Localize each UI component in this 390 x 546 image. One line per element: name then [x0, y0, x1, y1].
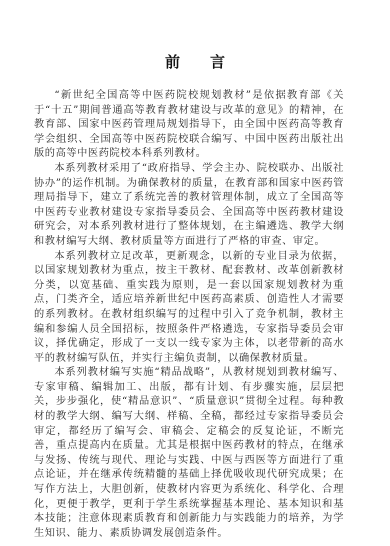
title-char-1: 前 [165, 51, 210, 72]
preface-body: “新世纪全国高等中医药院校规划教材”是依据教育部《关于“十五”期间普通高等教育教… [34, 89, 344, 541]
page-title: 前言 [0, 51, 390, 72]
paragraph-2: 本系列教材采用了“政府指导、学会主办、院校联办、出版社协办”的运作机制。为确保教… [34, 162, 344, 250]
paragraph-3: 本系列教材立足改革，更新观念，以新的专业目录为依据，以国家规划教材为重点，按主干… [34, 250, 344, 367]
document-page: 前言 “新世纪全国高等中医药院校规划教材”是依据教育部《关于“十五”期间普通高等… [0, 0, 390, 546]
paragraph-4: 本系列教材编写实施“精品战略”，从教材规划到教材编写、专家审稿、编辑加工、出版，… [34, 366, 344, 541]
paragraph-1: “新世纪全国高等中医药院校规划教材”是依据教育部《关于“十五”期间普通高等教育教… [34, 89, 344, 162]
title-char-2: 言 [210, 51, 225, 72]
